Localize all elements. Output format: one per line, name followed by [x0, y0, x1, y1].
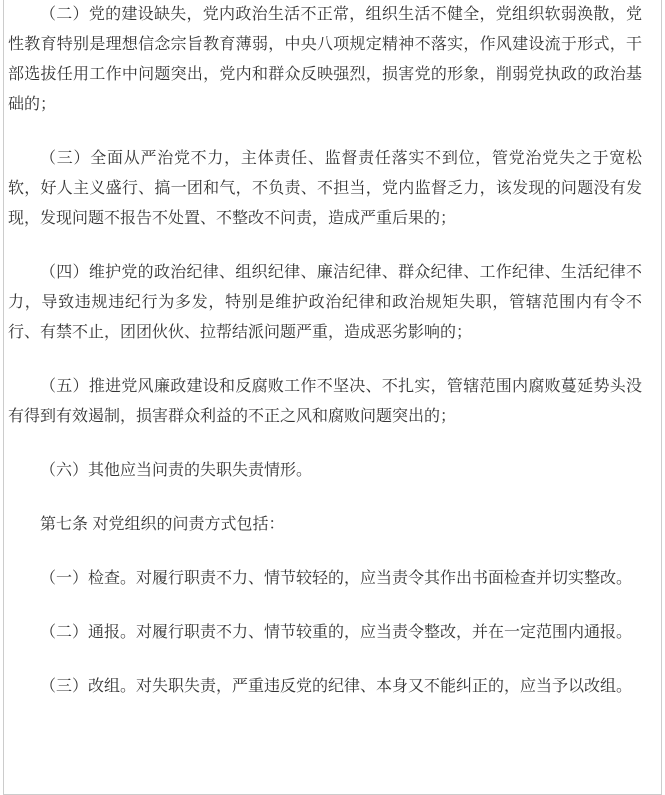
article-paragraph: （三）改组。对失职失责，严重违反党的纪律、本身又不能纠正的，应当予以改组。	[8, 672, 642, 702]
article-paragraph: （四）维护党的政治纪律、组织纪律、廉洁纪律、群众纪律、工作纪律、生活纪律不力，导…	[8, 258, 642, 348]
article-paragraph: （三）全面从严治党不力，主体责任、监督责任落实不到位，管党治党失之于宽松软，好人…	[8, 144, 642, 234]
article-paragraph: 第七条 对党组织的问责方式包括：	[8, 510, 642, 540]
article-paragraph: （一）检查。对履行职责不力、情节较轻的，应当责令其作出书面检查并切实整改。	[8, 564, 642, 594]
article-paragraph: （六）其他应当问责的失职失责情形。	[8, 456, 642, 486]
article-paragraph: （二）党的建设缺失，党内政治生活不正常，组织生活不健全，党组织软弱涣散，党性教育…	[8, 0, 642, 120]
article-frame: （二）党的建设缺失，党内政治生活不正常，组织生活不健全，党组织软弱涣散，党性教育…	[3, 0, 662, 795]
article-paragraph: （二）通报。对履行职责不力、情节较重的，应当责令整改，并在一定范围内通报。	[8, 618, 642, 648]
article-paragraph: （五）推进党风廉政建设和反腐败工作不坚决、不扎实，管辖范围内腐败蔓延势头没有得到…	[8, 372, 642, 432]
article-body: （二）党的建设缺失，党内政治生活不正常，组织生活不健全，党组织软弱涣散，党性教育…	[8, 0, 642, 702]
